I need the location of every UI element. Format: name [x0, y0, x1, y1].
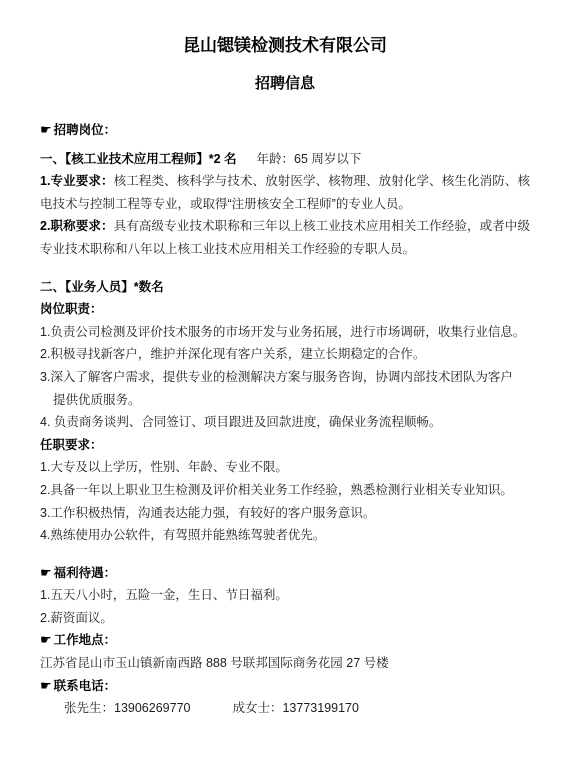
duty-item: 1.负责公司检测及评价技术服务的市场开发与业务拓展，进行市场调研，收集行业信息。: [40, 321, 530, 344]
pointing-hand-icon: ☛: [40, 678, 52, 693]
welfare-item: 2.薪资面议。: [40, 607, 530, 630]
job1-rank-text: 具有高级专业技术职称和三年以上核工业技术应用相关工作经验，或者中级专业技术职称和…: [40, 219, 530, 256]
job1-major-text: 核工程类、核科学与技术、放射医学、核物理、放射化学、核生化消防、核电技术与控制工…: [40, 174, 530, 211]
job2-requirements-heading: 任职要求：: [40, 434, 530, 457]
contact-person-2: 成女士：13773199170: [232, 701, 358, 715]
job2-title: 二、【业务人员】*数名: [40, 276, 530, 299]
pointing-hand-icon: ☛: [40, 122, 52, 137]
job1-title: 一、【核工业技术应用工程师】*2 名: [40, 152, 237, 166]
recruitment-document: 昆山锶镁检测技术有限公司 招聘信息 ☛招聘岗位： 一、【核工业技术应用工程师】*…: [0, 0, 570, 770]
job1-rank-requirement: 2.职称要求：具有高级专业技术职称和三年以上核工业技术应用相关工作经验，或者中级…: [40, 215, 530, 260]
welfare-heading-label: 福利待遇：: [54, 566, 117, 580]
requirement-item: 3.工作积极热情，沟通表达能力强，有较好的客户服务意识。: [40, 502, 530, 525]
duty-item-continuation: 提供优质服务。: [40, 389, 530, 412]
job1-age-requirement: 年龄：65 周岁以下: [257, 152, 362, 166]
welfare-item: 1.五天八小时，五险一金，生日、节日福利。: [40, 584, 530, 607]
contact-heading-label: 联系电话：: [54, 679, 117, 693]
positions-heading-label: 招聘岗位：: [54, 123, 117, 137]
job1-title-line: 一、【核工业技术应用工程师】*2 名年龄：65 周岁以下: [40, 148, 530, 171]
company-title: 昆山锶镁检测技术有限公司: [40, 34, 530, 58]
contact-person-1: 张先生：13906269770: [64, 701, 190, 715]
page-title: 招聘信息: [40, 73, 530, 95]
requirement-item: 2.具备一年以上职业卫生检测及评价相关业务工作经验，熟悉检测行业相关专业知识。: [40, 479, 530, 502]
requirement-item: 1.大专及以上学历，性别、年龄、专业不限。: [40, 456, 530, 479]
section-heading-location: ☛工作地点：: [40, 629, 530, 652]
job1-rank-label: 2.职称要求：: [40, 219, 114, 233]
job1-major-label: 1.专业要求：: [40, 174, 114, 188]
duty-item: 3.深入了解客户需求，提供专业的检测解决方案与服务咨询，协调内部技术团队为客户: [40, 366, 530, 389]
duty-item: 4. 负责商务谈判、合同签订、项目跟进及回款进度，确保业务流程顺畅。: [40, 411, 530, 434]
pointing-hand-icon: ☛: [40, 632, 52, 647]
job2-duties-heading: 岗位职责：: [40, 298, 530, 321]
job1-major-requirement: 1.专业要求：核工程类、核科学与技术、放射医学、核物理、放射化学、核生化消防、核…: [40, 170, 530, 215]
section-heading-welfare: ☛福利待遇：: [40, 562, 530, 585]
duty-item: 2.积极寻找新客户，维护并深化现有客户关系，建立长期稳定的合作。: [40, 343, 530, 366]
contact-phones-line: 张先生：13906269770成女士：13773199170: [40, 697, 530, 720]
section-heading-contact: ☛联系电话：: [40, 675, 530, 698]
section-heading-positions: ☛招聘岗位：: [40, 119, 530, 142]
location-heading-label: 工作地点：: [54, 633, 117, 647]
work-address: 江苏省昆山市玉山镇新南西路 888 号联邦国际商务花园 27 号楼: [40, 652, 530, 675]
pointing-hand-icon: ☛: [40, 565, 52, 580]
requirement-item: 4.熟练使用办公软件，有驾照并能熟练驾驶者优先。: [40, 524, 530, 547]
